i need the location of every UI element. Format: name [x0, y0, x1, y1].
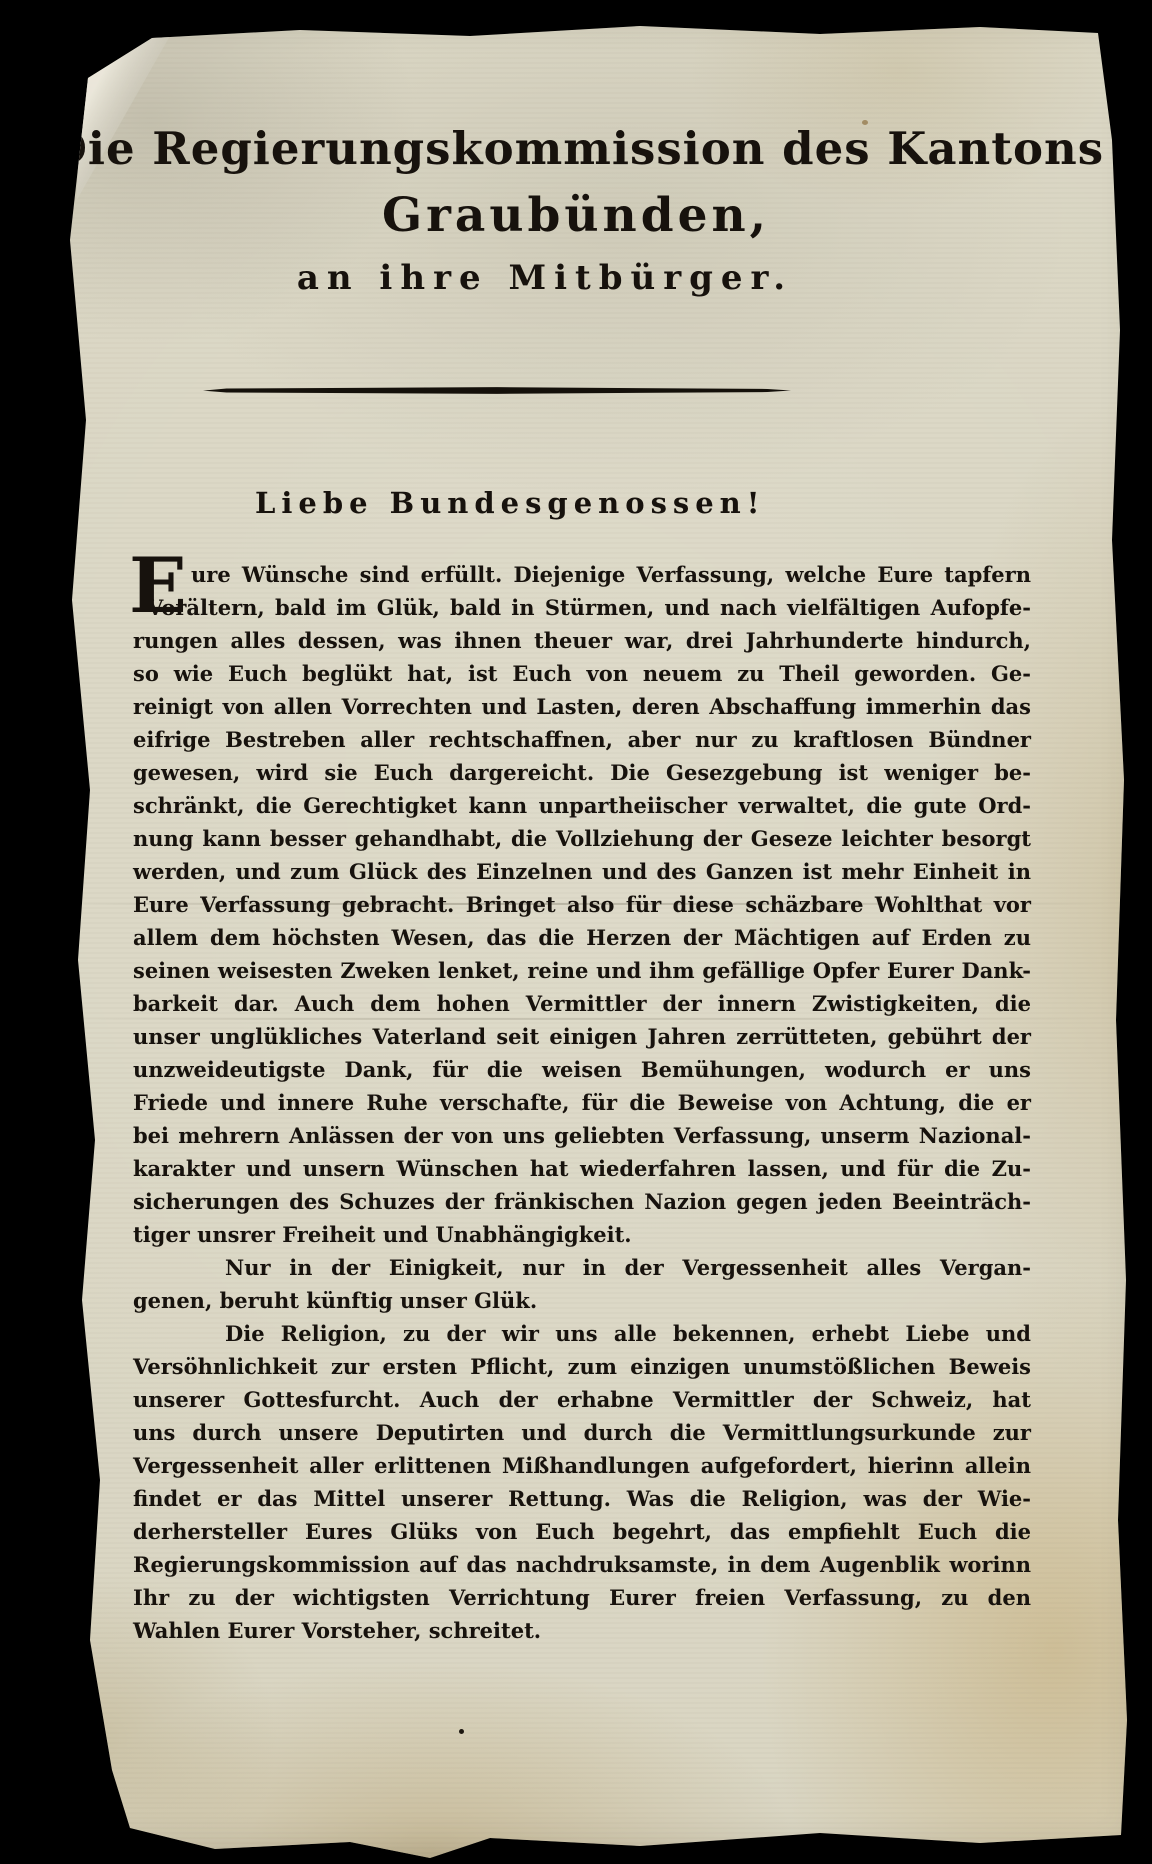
body-line: reinigt von allen Vorrechten und Lasten,…: [133, 690, 1031, 723]
scan-background: Die Regierungskommission des Kantons Gra…: [0, 0, 1152, 1864]
body-line: uns durch unsere Deputirten und durch di…: [133, 1416, 1031, 1449]
body-line: eifrige Bestreben aller rechtschaffnen, …: [133, 723, 1031, 756]
body-line: unserer Gottesfurcht. Auch der erhabne V…: [133, 1383, 1031, 1416]
body-line: schränkt, die Gerechtigket kann unparthe…: [133, 789, 1031, 822]
body-line: Regierungskommission auf das nachdruksam…: [133, 1548, 1031, 1581]
body-line: Wahlen Eurer Vorsteher, schreitet.: [133, 1614, 1031, 1647]
ink-dot: [459, 1729, 464, 1734]
body-line: tiger unsrer Freiheit und Unabhängigkeit…: [133, 1218, 1031, 1251]
document-body: Eure Wünsche sind erfüllt. Diejenige Ver…: [133, 558, 1031, 1647]
body-line: ure Wünsche sind erfüllt. Diejenige Verf…: [133, 558, 1031, 591]
paragraph: Die Religion, zu der wir uns alle bekenn…: [133, 1317, 1031, 1647]
body-line: Versöhnlichkeit zur ersten Pflicht, zum …: [133, 1350, 1031, 1383]
title-divider-rule: [203, 387, 791, 394]
body-line: unser unglükliches Vaterland seit einige…: [133, 1020, 1031, 1053]
body-line: werden, und zum Glück des Einzelnen und …: [133, 855, 1031, 888]
paragraph: Nur in der Einigkeit, nur in der Vergess…: [133, 1251, 1031, 1317]
paragraph: Eure Wünsche sind erfüllt. Diejenige Ver…: [133, 558, 1031, 1251]
body-line: rungen alles dessen, was ihnen theuer wa…: [133, 624, 1031, 657]
document-title-line2: Graubünden,: [0, 188, 1152, 243]
drop-cap-initial: E: [129, 548, 187, 624]
document-page: Die Regierungskommission des Kantons Gra…: [0, 0, 1152, 1864]
body-line: Friede und innere Ruhe verschafte, für d…: [133, 1086, 1031, 1119]
body-line: so wie Euch beglükt hat, ist Euch von ne…: [133, 657, 1031, 690]
body-line: findet er das Mittel unserer Rettung. Wa…: [133, 1482, 1031, 1515]
body-line: barkeit dar. Auch dem hohen Vermittler d…: [133, 987, 1031, 1020]
body-line: Vorältern, bald im Glük, bald in Stürmen…: [133, 591, 1031, 624]
body-line: allem dem höchsten Wesen, das die Herzen…: [133, 921, 1031, 954]
body-line: unzweideutigste Dank, für die weisen Bem…: [133, 1053, 1031, 1086]
body-line: Die Religion, zu der wir uns alle bekenn…: [133, 1317, 1031, 1350]
body-line: Nur in der Einigkeit, nur in der Vergess…: [133, 1251, 1031, 1284]
paper-speck: [862, 120, 868, 125]
body-line: Eure Verfassung gebracht. Bringet also f…: [133, 888, 1031, 921]
body-line: genen, beruht künftig unser Glük.: [133, 1284, 1031, 1317]
body-line: Vergessenheit aller erlittenen Mißhandlu…: [133, 1449, 1031, 1482]
ink-blot: [26, 1706, 43, 1720]
document-subtitle: an ihre Mitbürger.: [0, 258, 1121, 298]
body-line: bei mehrern Anlässen der von uns geliebt…: [133, 1119, 1031, 1152]
body-line: Ihr zu der wichtigsten Verrichtung Eurer…: [133, 1581, 1031, 1614]
salutation: Liebe Bundesgenossen!: [255, 486, 766, 520]
body-line: derhersteller Eures Glüks von Euch begeh…: [133, 1515, 1031, 1548]
body-line: sicherungen des Schuzes der fränkischen …: [133, 1185, 1031, 1218]
body-line: gewesen, wird sie Euch dargereicht. Die …: [133, 756, 1031, 789]
corner-fold: [62, 28, 182, 208]
body-line: nung kann besser gehandhabt, die Vollzie…: [133, 822, 1031, 855]
document-title-line1: Die Regierungskommission des Kantons: [0, 122, 1152, 175]
body-line: seinen weisesten Zweken lenket, reine un…: [133, 954, 1031, 987]
body-line: karakter und unsern Wünschen hat wiederf…: [133, 1152, 1031, 1185]
